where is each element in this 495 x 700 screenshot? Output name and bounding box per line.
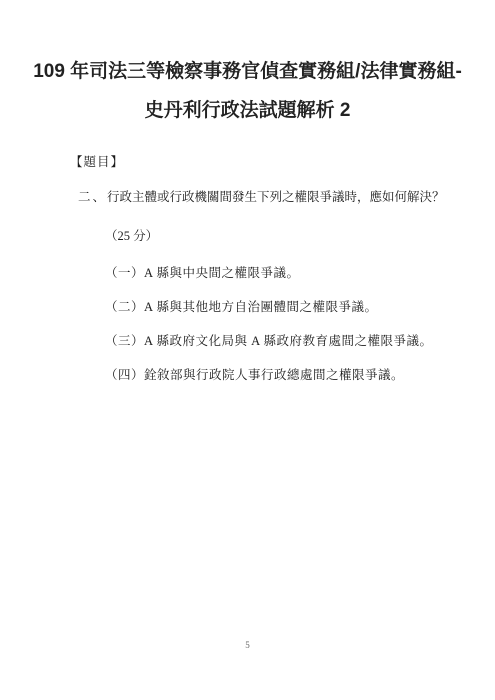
document-title-line1: 109 年司法三等檢察事務官偵查實務組/法律實務組- bbox=[33, 61, 462, 82]
document-body: 【題目】 二、行政主體或行政機關間發生下列之權限爭議時，應如何解決？ （25 分… bbox=[0, 130, 495, 383]
sub-question-1: （一）A 縣與中央間之權限爭議。 bbox=[70, 263, 445, 281]
sub-question-2: （二）A 縣與其他地方自治團體間之權限爭議。 bbox=[70, 297, 445, 315]
document-page: 109 年司法三等檢察事務官偵查實務組/法律實務組- 史丹利行政法試題解析 2 … bbox=[0, 0, 495, 700]
question-number: 二、 bbox=[78, 190, 107, 204]
document-title-line2: 史丹利行政法試題解析 2 bbox=[145, 100, 351, 121]
sub-question-3: （三）A 縣政府文化局與 A 縣政府教育處間之權限爭議。 bbox=[70, 331, 445, 349]
question-points: （25 分） bbox=[70, 226, 445, 244]
page-number: 5 bbox=[0, 640, 495, 650]
question-body: 行政主體或行政機關間發生下列之權限爭議時，應如何解決？ bbox=[107, 190, 445, 204]
sub-question-4: （四）銓敘部與行政院人事行政總處間之權限爭議。 bbox=[70, 365, 445, 383]
question-text: 二、行政主體或行政機關間發生下列之權限爭議時，應如何解決？ bbox=[70, 190, 445, 206]
document-title: 109 年司法三等檢察事務官偵查實務組/法律實務組- 史丹利行政法試題解析 2 bbox=[0, 0, 495, 130]
section-label-question: 【題目】 bbox=[70, 152, 445, 170]
